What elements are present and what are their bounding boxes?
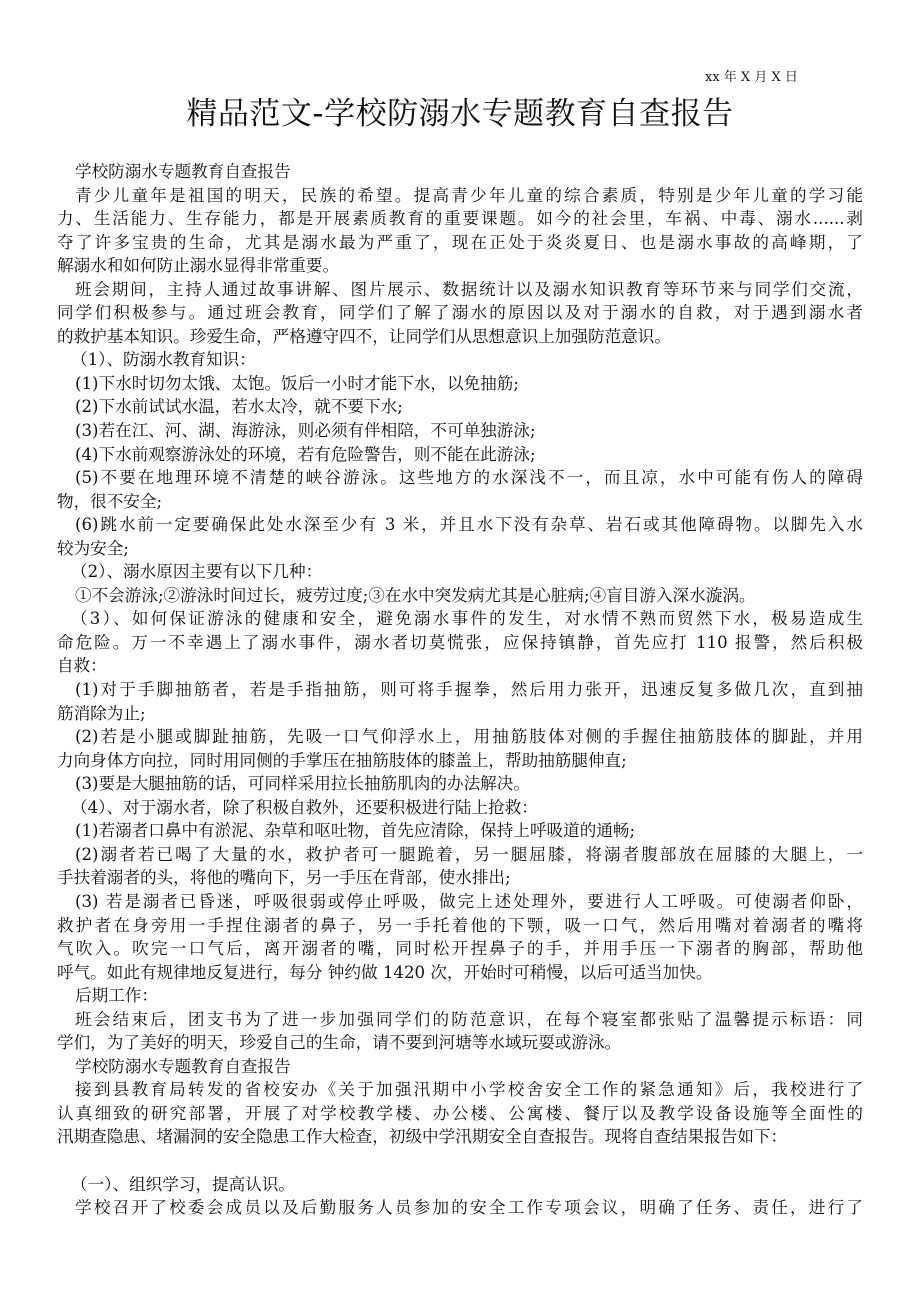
paragraph-line: (2)溺者若已喝了大量的水，救护者可一腿跪着，另一腿屈膝，将溺者腹部放在屈膝的大… (57, 843, 863, 867)
paragraph-line: 筋消除为止; (57, 702, 863, 726)
paragraph-line: 气吹入。吹完一口气后，离开溺者的嘴，同时松开捏鼻子的手，并用手压一下溺者的胸部，… (57, 937, 863, 961)
paragraph-line: （4）、对于溺水者，除了积极自救外，还要积极进行陆上抢救： (57, 796, 863, 820)
paragraph-line: 同学们积极参与。通过班会教育，同学们了解了溺水的原因以及对于溺水的自救，对于遇到… (57, 301, 863, 325)
paragraph-line: 青少儿童年是祖国的明天，民族的希望。提高青少年儿童的综合素质，特别是少年儿童的学… (57, 184, 863, 208)
paragraph-line: 解溺水和如何防止溺水显得非常重要。 (57, 254, 863, 278)
paragraph-line: 的救护基本知识。珍爱生命，严格遵守四不，让同学们从思想意识上加强防范意识。 (57, 325, 863, 349)
paragraph-line: 后期工作： (57, 984, 863, 1008)
document-date: xx 年 X 月 X 日 (705, 66, 798, 85)
paragraph-line: 认真细致的研究部署，开展了对学校教学楼、办公楼、公寓楼、餐厅以及教学设备设施等全… (57, 1102, 863, 1126)
paragraph-line: 力、生活能力、生存能力，都是开展素质教育的重要课题。如今的社会里，车祸、中毒、溺… (57, 207, 863, 231)
paragraph-line: 命危险。万一不幸遇上了溺水事件，溺水者切莫慌张，应保持镇静，首先应打 110 报… (57, 631, 863, 655)
paragraph-line: 班会期间，主持人通过故事讲解、图片展示、数据统计以及溺水知识教育等环节来与同学们… (57, 278, 863, 302)
paragraph-line: (3) 若是溺者已昏迷，呼吸很弱或停止呼吸，做完上述处理外，要进行人工呼吸。可使… (57, 890, 863, 914)
paragraph-line: (4)下水前观察游泳处的环境，若有危险警告，则不能在此游泳; (57, 443, 863, 467)
paragraph-line: (3)若在江、河、湖、海游泳，则必须有伴相陪，不可单独游泳; (57, 419, 863, 443)
paragraph-line: 夺了许多宝贵的生命，尤其是溺水最为严重了，现在正处于炎炎夏日、也是溺水事故的高峰… (57, 231, 863, 255)
paragraph-line: 班会结束后，团支书为了进一步加强同学们的防范意识，在每个寝室都张贴了温馨提示标语… (57, 1008, 863, 1032)
paragraph-line: 呼气。如此有规律地反复进行，每分 钟约做 1420 次，开始时可稍慢，以后可适当… (57, 961, 863, 985)
paragraph-line: 接到县教育局转发的省校安办《关于加强汛期中小学校舍安全工作的紧急通知》后，我校进… (57, 1078, 863, 1102)
paragraph-line: 学校防溺水专题教育自查报告 (57, 1055, 863, 1079)
paragraph-line: 学校防溺水专题教育自查报告 (57, 160, 863, 184)
blank-line (57, 1149, 863, 1173)
paragraph-line: (1)若溺者口鼻中有淤泥、杂草和呕吐物，首先应清除，保持上呼吸道的通畅; (57, 819, 863, 843)
paragraph-line: (2)下水前试试水温，若水太冷，就不要下水; (57, 395, 863, 419)
paragraph-line: （2）、溺水原因主要有以下几种： (57, 560, 863, 584)
paragraph-line: 较为安全; (57, 537, 863, 561)
document-title: 精品范文-学校防溺水专题教育自查报告 (0, 88, 920, 133)
paragraph-line: （一）、组织学习，提高认识。 (57, 1173, 863, 1197)
paragraph-line: 力向身体方向拉，同时用同侧的手掌压在抽筋肢体的膝盖上，帮助抽筋腿伸直; (57, 749, 863, 773)
paragraph-line: （3）、如何保证游泳的健康和安全，避免溺水事件的发生，对水情不熟而贸然下水，极易… (57, 607, 863, 631)
paragraph-line: 学们，为了美好的明天，珍爱自己的生命，请不要到河塘等水域玩耍或游泳。 (57, 1031, 863, 1055)
paragraph-line: 自救： (57, 654, 863, 678)
paragraph-line: 学校召开了校委会成员以及后勤服务人员参加的安全工作专项会议，明确了任务、责任，进… (57, 1196, 863, 1220)
paragraph-line: (3)要是大腿抽筋的话，可同样采用拉长抽筋肌肉的办法解决。 (57, 772, 863, 796)
paragraph-line: 手扶着溺者的头，将他的嘴向下，另一手压在背部，使水排出; (57, 866, 863, 890)
paragraph-line: (5)不要在地理环境不清楚的峡谷游泳。这些地方的水深浅不一，而且凉，水中可能有伤… (57, 466, 863, 490)
paragraph-line: 救护者在身旁用一手捏住溺者的鼻子，另一手托着他的下颚，吸一口气，然后用嘴对着溺者… (57, 914, 863, 938)
paragraph-line: (6)跳水前一定要确保此处水深至少有 3 米，并且水下没有杂草、岩石或其他障碍物… (57, 513, 863, 537)
paragraph-line: ①不会游泳;②游泳时间过长，疲劳过度;③在水中突发病尤其是心脏病;④盲目游入深水… (57, 584, 863, 608)
paragraph-line: 汛期查隐患、堵漏洞的安全隐患工作大检查，初级中学汛期安全自查报告。现将自查结果报… (57, 1125, 863, 1149)
paragraph-line: 物，很不安全; (57, 490, 863, 514)
paragraph-line: (1)下水时切勿太饿、太饱。饭后一小时才能下水，以免抽筋; (57, 372, 863, 396)
paragraph-line: （1）、防溺水教育知识： (57, 348, 863, 372)
paragraph-line: (1)对于手脚抽筋者，若是手指抽筋，则可将手握拳，然后用力张开，迅速反复多做几次… (57, 678, 863, 702)
paragraph-line: (2)若是小腿或脚趾抽筋，先吸一口气仰浮水上，用抽筋肢体对侧的手握住抽筋肢体的脚… (57, 725, 863, 749)
document-body: 学校防溺水专题教育自查报告青少儿童年是祖国的明天，民族的希望。提高青少年儿童的综… (57, 160, 863, 1220)
